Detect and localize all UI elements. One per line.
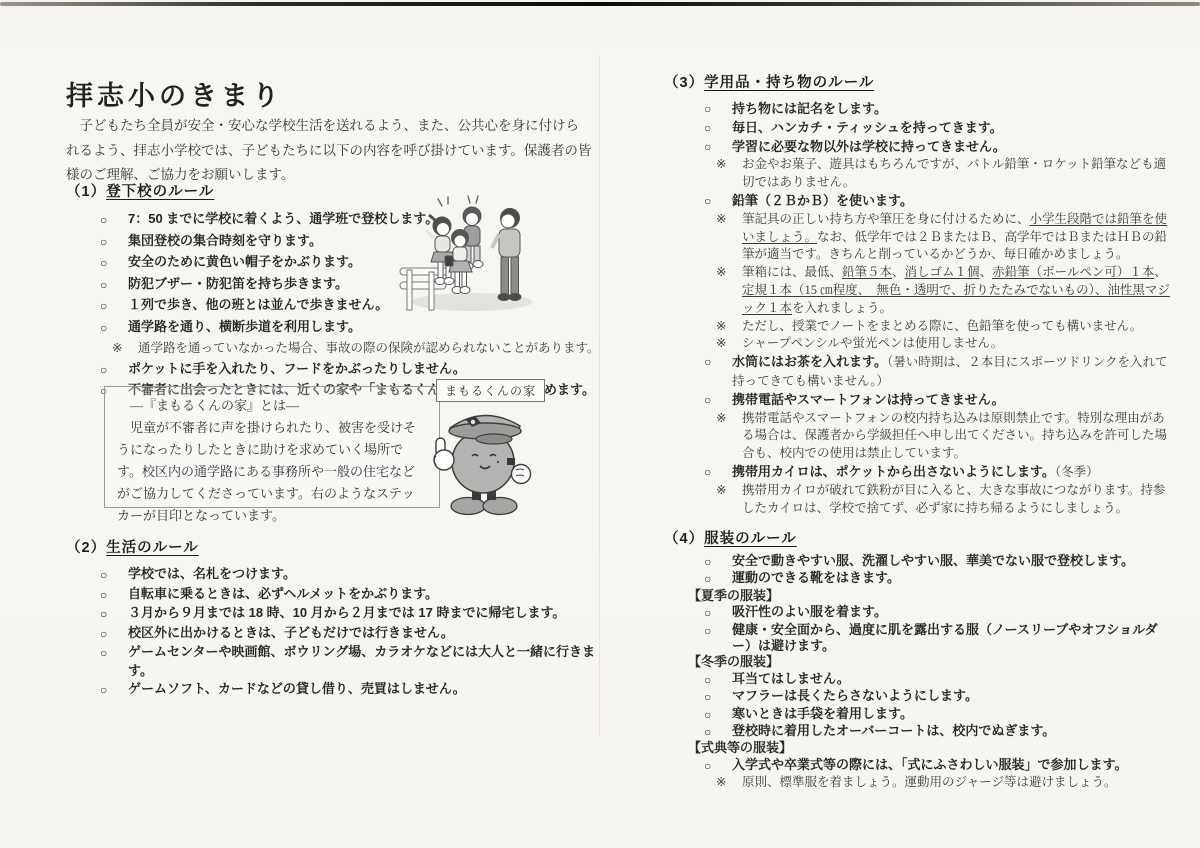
text-segment: 携帯電話やスマートフォンの校内持ち込みは原則禁止です。特別な理由がある場合は、保… <box>742 411 1167 461</box>
rule-item: ○鉛筆（２ＢかＢ）を使います。 <box>704 192 1176 211</box>
text-segment: 吸汗性のよい服を着ます。 <box>732 604 887 619</box>
line-text: マフラーは長くたらさないようにします。 <box>732 688 1176 704</box>
text-segment: １列で歩き、他の班とは並んで歩きません。 <box>128 297 388 312</box>
rule-item: ○健康・安全面から、過度に肌を露出する服（ノースリーブやオフショルダー）は避けま… <box>704 622 1176 655</box>
line-text: お金やお菓子、遊具はもちろんですが、バトル鉛筆・ロケット鉛筆なども適切ではありま… <box>742 156 1176 192</box>
circle-bullet-marker: ○ <box>100 585 128 605</box>
circle-bullet-marker: ○ <box>100 643 128 663</box>
line-text: 通学路を通り、横断歩道を利用します。 <box>128 317 611 337</box>
rule-list: ○学校では、名札をつけます。○自転車に乗るときは、必ずヘルメットをかぶります。○… <box>66 565 611 700</box>
rule-list: ○持ち物には記名をします。○毎日、ハンカチ・ティッシュを持ってきます。○学習に必… <box>664 100 1176 517</box>
text-segment: 寒いときは手袋を着用します。 <box>732 706 913 721</box>
rule-item: ○毎日、ハンカチ・ティッシュを持ってきます。 <box>704 119 1176 138</box>
rule-item: ○ゲームセンターや映画館、ボウリング場、カラオケなどには大人と一緒に行きます。 <box>100 643 611 680</box>
text-segment: 校区外に出かけるときは、子どもだけでは行きません。 <box>128 625 454 640</box>
circle-bullet-marker: ○ <box>100 295 128 316</box>
line-text: 吸汗性のよい服を着ます。 <box>732 604 1176 620</box>
text-segment: マフラーは長くたらさないようにします。 <box>732 688 978 703</box>
line-text: 携帯電話やスマートフォンの校内持ち込みは原則禁止です。特別な理由がある場合は、保… <box>742 410 1176 463</box>
circle-bullet-marker: ○ <box>100 680 128 700</box>
line-text: ゲームセンターや映画館、ボウリング場、カラオケなどには大人と一緒に行きます。 <box>128 643 611 680</box>
circle-bullet-marker: ○ <box>704 671 732 688</box>
scan-artifact-top-edge <box>0 2 1200 6</box>
line-text: 鉛筆（２ＢかＢ）を使います。 <box>732 192 1176 210</box>
rule-item: ○携帯電話やスマートフォンは持ってきません。 <box>704 391 1176 410</box>
line-text: 【夏季の服装】 <box>688 588 1176 604</box>
line-text: 学校では、名札をつけます。 <box>128 565 611 584</box>
rule-item: ○安全で動きやすい服、洗濯しやすい服、華美でない服で登校します。 <box>704 553 1176 570</box>
circle-bullet-marker: ○ <box>100 359 128 380</box>
note-asterisk-marker: ※ <box>716 482 742 500</box>
text-segment: 集団登校の集合時刻を守ります。 <box>128 233 322 248</box>
text-segment: 【式典等の服装】 <box>688 740 792 755</box>
text-segment: ゲームセンターや映画館、ボウリング場、カラオケなどには大人と一緒に行きます。 <box>128 644 595 678</box>
line-text: 自転車に乗るときは、必ずヘルメットをかぶります。 <box>128 585 611 604</box>
line-text: 毎日、ハンカチ・ティッシュを持ってきます。 <box>732 119 1176 137</box>
circle-bullet-marker: ○ <box>704 706 732 723</box>
note-asterisk-marker: ※ <box>716 774 742 790</box>
text-segment: （冬季） <box>1055 465 1099 479</box>
note-item: ※筆箱には、最低、鉛筆５本、消しゴム１個、赤鉛筆（ボールペン可）１本、定規１本（… <box>704 264 1176 317</box>
section-title: 生活のルール <box>106 540 199 556</box>
rule-item: ○水筒にはお茶を入れます。（暑い時期は、２本目にスポーツドリンクを入れて持ってき… <box>704 353 1176 391</box>
text-segment: ゲームソフト、カードなどの貸し借り、売買はしません。 <box>128 681 466 696</box>
rule-item: ○自転車に乗るときは、必ずヘルメットをかぶります。 <box>100 585 611 605</box>
note-asterisk-marker: ※ <box>112 338 138 358</box>
line-text: 持ち物には記名をします。 <box>732 100 1176 118</box>
circle-bullet-marker: ○ <box>704 138 732 157</box>
text-segment: 学校では、名札をつけます。 <box>128 566 296 581</box>
line-text: 安全のために黄色い帽子をかぶります。 <box>128 252 611 272</box>
note-item: ※シャープペンシルや蛍光ペンは使用しません。 <box>704 335 1176 353</box>
rule-list: ○安全で動きやすい服、洗濯しやすい服、華美でない服で登校します。○運動のできる靴… <box>664 553 1176 791</box>
rule-item: ○学習に必要な物以外は学校に持ってきません。 <box>704 138 1176 157</box>
rule-item: ○吸汗性のよい服を着ます。 <box>704 604 1176 621</box>
rule-item: ○通学路を通り、横断歩道を利用します。 <box>100 317 611 338</box>
line-text: 携帯電話やスマートフォンは持ってきません。 <box>732 391 1176 409</box>
line-text: ゲームソフト、カードなどの貸し借り、売買はしません。 <box>128 680 611 699</box>
text-segment: 自転車に乗るときは、必ずヘルメットをかぶります。 <box>128 586 438 601</box>
section-heading: （3）学用品・持ち物のルール <box>664 71 1176 92</box>
line-text: 通学路を通っていなかった場合、事故の際の保険が認められないことがあります。 <box>138 338 611 358</box>
rule-item: ○校区外に出かけるときは、子どもだけでは行きません。 <box>100 624 611 644</box>
line-text: 健康・安全面から、過度に肌を露出する服（ノースリーブやオフショルダー）は避けます… <box>732 622 1176 655</box>
circle-bullet-marker: ○ <box>100 317 128 338</box>
mamoru-kun-mascot-illustration <box>428 398 540 518</box>
rule-item: ○学校では、名札をつけます。 <box>100 565 611 585</box>
circle-bullet-marker: ○ <box>100 565 128 585</box>
text-segment: 水筒にはお茶を入れます。 <box>732 354 887 369</box>
note-item: ※通学路を通っていなかった場合、事故の際の保険が認められないことがあります。 <box>100 338 611 358</box>
circle-bullet-marker: ○ <box>100 624 128 644</box>
subsection-label: 【夏季の服装】 <box>688 588 1176 604</box>
text-segment: 耳当てはしません。 <box>732 671 850 686</box>
note-item: ※携帯電話やスマートフォンの校内持ち込みは原則禁止です。特別な理由がある場合は、… <box>704 410 1176 463</box>
mamoru-box-heading: ―『まもるくんの家』とは― <box>117 395 427 417</box>
circle-bullet-marker: ○ <box>704 391 732 410</box>
line-text: 携帯用カイロは、ポケットから出さないようにします。（冬季） <box>732 463 1176 482</box>
line-text: 筆記具の正しい持ち方や筆圧を身に付けるために、小学生段階では鉛筆を使いましょう。… <box>742 211 1176 264</box>
text-segment: を入れましょう。 <box>792 301 892 315</box>
circle-bullet-marker: ○ <box>704 119 732 138</box>
text-segment: 筆箱には、最低、 <box>742 265 842 279</box>
circle-bullet-marker: ○ <box>100 231 128 252</box>
text-segment: 携帯用カイロが破れて鉄粉が目に入ると、大きな事故につながります。持参したカイロは… <box>742 483 1165 515</box>
line-text: 集団登校の集合時刻を守ります。 <box>128 231 611 251</box>
text-segment: お金やお菓子、遊具はもちろんですが、バトル鉛筆・ロケット鉛筆なども適切ではありま… <box>742 157 1166 189</box>
text-segment: 健康・安全面から、過度に肌を露出する服（ノースリーブやオフショルダー）は避けます… <box>732 622 1158 653</box>
text-segment: 鉛筆（２ＢかＢ）を使います。 <box>732 193 913 208</box>
text-segment: ただし、授業でノートをまとめる際に、色鉛筆を使っても構いません。 <box>742 319 1142 333</box>
mamoru-box-body: 児童が不審者に声を掛けられたり、被害を受けそうになったりしたときに助けを求めてい… <box>117 417 427 527</box>
rule-item: ○ゲームソフト、カードなどの貸し借り、売買はしません。 <box>100 680 611 700</box>
text-segment: 、 <box>980 265 993 279</box>
text-segment: 携帯用カイロは、ポケットから出さないようにします。 <box>732 464 1055 479</box>
section-clothing-rules: （4）服装のルール ○安全で動きやすい服、洗濯しやすい服、華美でない服で登校しま… <box>664 527 1176 791</box>
underlined-text-segment: 消しゴム１個 <box>905 265 980 279</box>
line-text: ポケットに手を入れたり、フードをかぶったりしません。 <box>128 359 611 379</box>
text-segment: 【冬季の服装】 <box>688 654 779 669</box>
line-text: 登校時に着用したオーバーコートは、校内でぬぎます。 <box>732 723 1176 739</box>
section-supplies-rules: （3）学用品・持ち物のルール ○持ち物には記名をします。○毎日、ハンカチ・ティッ… <box>664 71 1176 517</box>
note-asterisk-marker: ※ <box>716 410 742 428</box>
rule-item: ○運動のできる靴をはきます。 <box>704 570 1176 587</box>
rule-item: ○ポケットに手を入れたり、フードをかぶったりしません。 <box>100 359 611 380</box>
text-segment: 7：50 までに学校に着くよう、通学班で登校します。 <box>128 211 438 226</box>
section-number: （2） <box>66 540 106 556</box>
circle-bullet-marker: ○ <box>704 723 732 740</box>
text-segment: 入学式や卒業式等の際には、「式にふさわしい服装」で参加します。 <box>732 757 1127 772</box>
circle-bullet-marker: ○ <box>704 553 732 570</box>
line-text: 原則、標準服を着ましょう。運動用のジャージ等は避けましょう。 <box>742 774 1176 790</box>
line-text: 学習に必要な物以外は学校に持ってきません。 <box>732 138 1176 156</box>
rule-item: ○耳当てはしません。 <box>704 671 1176 688</box>
text-segment: 運動のできる靴をはきます。 <box>732 570 900 585</box>
line-text: 7：50 までに学校に着くよう、通学班で登校します。 <box>128 209 611 229</box>
text-segment: 学習に必要な物以外は学校に持ってきません。 <box>732 139 1006 154</box>
children-walking-illustration <box>398 194 536 318</box>
line-text: 筆箱には、最低、鉛筆５本、消しゴム１個、赤鉛筆（ボールペン可）１本、定規１本（1… <box>742 264 1176 317</box>
note-asterisk-marker: ※ <box>716 156 742 174</box>
line-text: 寒いときは手袋を着用します。 <box>732 706 1176 722</box>
note-item: ※原則、標準服を着ましょう。運動用のジャージ等は避けましょう。 <box>704 774 1176 790</box>
note-asterisk-marker: ※ <box>716 335 742 353</box>
rule-item: ○マフラーは長くたらさないようにします。 <box>704 688 1176 705</box>
subsection-label: 【式典等の服装】 <box>688 740 1176 756</box>
underlined-text-segment: 鉛筆５本 <box>842 265 892 279</box>
rule-item: ○寒いときは手袋を着用します。 <box>704 706 1176 723</box>
circle-bullet-marker: ○ <box>704 757 732 774</box>
line-text: 校区外に出かけるときは、子どもだけでは行きません。 <box>128 624 611 643</box>
circle-bullet-marker: ○ <box>704 100 732 119</box>
text-segment: 防犯ブザー・防犯笛を持ち歩きます。 <box>128 276 348 291</box>
circle-bullet-marker: ○ <box>704 353 732 372</box>
section-heading: （2）生活のルール <box>66 536 611 557</box>
text-segment: 毎日、ハンカチ・ティッシュを持ってきます。 <box>732 120 1003 135</box>
circle-bullet-marker: ○ <box>100 252 128 273</box>
note-asterisk-marker: ※ <box>716 211 742 229</box>
circle-bullet-marker: ○ <box>704 622 732 639</box>
note-item: ※ただし、授業でノートをまとめる際に、色鉛筆を使っても構いません。 <box>704 318 1176 336</box>
text-segment: 通学路を通っていなかった場合、事故の際の保険が認められないことがあります。 <box>138 341 600 355</box>
note-asterisk-marker: ※ <box>716 318 742 336</box>
line-text: 耳当てはしません。 <box>732 671 1176 687</box>
section-title: 服装のルール <box>704 531 797 547</box>
text-segment: 携帯電話やスマートフォンは持ってきません。 <box>732 392 1004 407</box>
text-segment: 筆記具の正しい持ち方や筆圧を身に付けるために、 <box>742 212 1030 226</box>
rule-item: ○入学式や卒業式等の際には、「式にふさわしい服装」で参加します。 <box>704 757 1176 774</box>
intro-paragraph: 子どもたち全員が安全・安心な学校生活を送れるよう、また、公共心を身に付けられるよ… <box>66 114 592 188</box>
text-segment: ３月から９月までは 18 時、10 月から２月までは 17 時までに帰宅します。 <box>128 605 565 620</box>
text-segment: 、 <box>1154 265 1167 279</box>
section-number: （3） <box>664 75 704 91</box>
line-text: 安全で動きやすい服、洗濯しやすい服、華美でない服で登校します。 <box>732 553 1176 569</box>
text-segment: 安全で動きやすい服、洗濯しやすい服、華美でない服で登校します。 <box>732 553 1134 568</box>
rule-item: ○登校時に着用したオーバーコートは、校内でぬぎます。 <box>704 723 1176 740</box>
rule-item: ○３月から９月までは 18 時、10 月から２月までは 17 時までに帰宅します… <box>100 604 611 624</box>
line-text: 【式典等の服装】 <box>688 740 1176 756</box>
text-segment: シャープペンシルや蛍光ペンは使用しません。 <box>742 336 1003 350</box>
line-text: 携帯用カイロが破れて鉄粉が目に入ると、大きな事故につながります。持参したカイロは… <box>742 482 1176 518</box>
note-asterisk-marker: ※ <box>716 264 742 282</box>
line-text: １列で歩き、他の班とは並んで歩きません。 <box>128 295 611 315</box>
mamoru-kun-info-box: ―『まもるくんの家』とは― 児童が不審者に声を掛けられたり、被害を受けそうになっ… <box>104 386 440 508</box>
line-text: ３月から９月までは 18 時、10 月から２月までは 17 時までに帰宅します。 <box>128 604 611 623</box>
section-title: 登下校のルール <box>106 184 214 200</box>
note-item: ※お金やお菓子、遊具はもちろんですが、バトル鉛筆・ロケット鉛筆なども適切ではあり… <box>704 156 1176 192</box>
line-text: 防犯ブザー・防犯笛を持ち歩きます。 <box>128 274 611 294</box>
circle-bullet-marker: ○ <box>704 604 732 621</box>
text-segment: 安全のために黄色い帽子をかぶります。 <box>128 254 361 269</box>
section-title: 学用品・持ち物のルール <box>704 75 874 91</box>
section-heading: （4）服装のルール <box>664 527 1176 548</box>
text-segment: 通学路を通り、横断歩道を利用します。 <box>128 319 361 334</box>
section-number: （1） <box>66 184 106 200</box>
rule-item: ○持ち物には記名をします。 <box>704 100 1176 119</box>
section-number: （4） <box>664 531 704 547</box>
line-text: 入学式や卒業式等の際には、「式にふさわしい服装」で参加します。 <box>732 757 1176 773</box>
text-segment: 持ち物には記名をします。 <box>732 101 887 116</box>
circle-bullet-marker: ○ <box>100 209 128 230</box>
scanned-document-page: 拝志小のきまり 子どもたち全員が安全・安心な学校生活を送れるよう、また、公共心を… <box>0 0 1200 848</box>
subsection-label: 【冬季の服装】 <box>688 654 1176 670</box>
line-text: ただし、授業でノートをまとめる際に、色鉛筆を使っても構いません。 <box>742 318 1176 336</box>
circle-bullet-marker: ○ <box>704 570 732 587</box>
note-item: ※携帯用カイロが破れて鉄粉が目に入ると、大きな事故につながります。持参したカイロ… <box>704 482 1176 518</box>
circle-bullet-marker: ○ <box>100 604 128 624</box>
note-item: ※筆記具の正しい持ち方や筆圧を身に付けるために、小学生段階では鉛筆を使いましょう… <box>704 211 1176 264</box>
text-segment: 、 <box>892 265 905 279</box>
text-segment: 原則、標準服を着ましょう。運動用のジャージ等は避けましょう。 <box>742 775 1117 789</box>
page-title: 拝志小のきまり <box>66 74 283 113</box>
line-text: 水筒にはお茶を入れます。（暑い時期は、２本目にスポーツドリンクを入れて持ってきて… <box>732 353 1176 391</box>
line-text: 運動のできる靴をはきます。 <box>732 570 1176 586</box>
text-segment: ポケットに手を入れたり、フードをかぶったりしません。 <box>128 361 466 376</box>
line-text: 【冬季の服装】 <box>688 654 1176 670</box>
text-segment: 【夏季の服装】 <box>688 588 779 603</box>
line-text: シャープペンシルや蛍光ペンは使用しません。 <box>742 335 1176 353</box>
text-segment: 登校時に着用したオーバーコートは、校内でぬぎます。 <box>732 723 1055 738</box>
circle-bullet-marker: ○ <box>704 192 732 211</box>
rule-item: ○携帯用カイロは、ポケットから出さないようにします。（冬季） <box>704 463 1176 482</box>
underlined-text-segment: 赤鉛筆（ボールペン可）１本 <box>992 265 1154 279</box>
section-daily-life-rules: （2）生活のルール ○学校では、名札をつけます。○自転車に乗るときは、必ずヘルメ… <box>66 536 611 700</box>
circle-bullet-marker: ○ <box>704 463 732 482</box>
circle-bullet-marker: ○ <box>100 274 128 295</box>
circle-bullet-marker: ○ <box>704 688 732 705</box>
